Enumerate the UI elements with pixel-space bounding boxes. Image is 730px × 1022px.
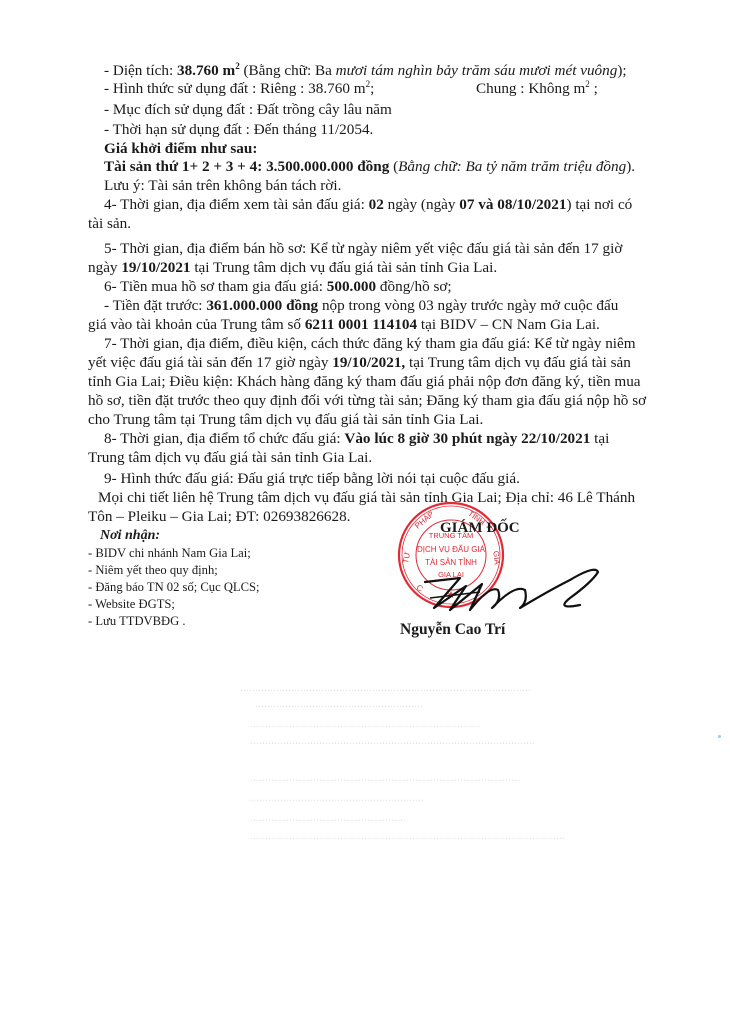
starting-price-heading: Giá khởi điểm như sau: [104, 140, 257, 158]
registration-cont-3: hồ sơ, tiền đặt trước theo quy định đối … [88, 392, 646, 410]
recipient-item: - Website ĐGTS; [88, 596, 175, 612]
registration-cont-2: tỉnh Gia Lai; Điều kiện: Khách hàng đăng… [88, 373, 641, 391]
signature-icon [420, 560, 620, 620]
note-line: Lưu ý: Tài sản trên không bán tách rời. [104, 177, 341, 195]
recipient-item: - BIDV chi nhánh Nam Gia Lai; [88, 545, 251, 561]
recipient-item: - Lưu TTDVBĐG . [88, 613, 186, 629]
viewing-time-cont: tài sản. [88, 215, 131, 233]
doc-fee-line: 6- Tiền mua hồ sơ tham gia đấu giá: 500.… [104, 278, 452, 296]
land-purpose-line: - Mục đích sử dụng đất : Đất trồng cây l… [104, 101, 392, 119]
svg-text:TƯ: TƯ [401, 551, 412, 564]
svg-text:DỊCH VỤ ĐẤU GIÁ: DỊCH VỤ ĐẤU GIÁ [417, 544, 486, 554]
svg-text:PHÁP: PHÁP [413, 510, 435, 531]
signer-name: Nguyễn Cao Trí [400, 621, 505, 639]
auction-time-line: 8- Thời gian, địa điểm tổ chức đấu giá: … [104, 430, 609, 448]
starting-price-line: Tài sản thứ 1+ 2 + 3 + 4: 3.500.000.000 … [104, 158, 635, 176]
deposit-line: - Tiền đặt trước: 361.000.000 đồng nộp t… [104, 297, 618, 315]
contact-line: Mọi chi tiết liên hệ Trung tâm dịch vụ đ… [98, 489, 635, 507]
deposit-account-line: giá vào tài khoản của Trung tâm số 6211 … [88, 316, 600, 334]
recipient-item: - Đăng báo TN 02 số; Cục QLCS; [88, 579, 260, 595]
viewing-time-line: 4- Thời gian, địa điểm xem tài sản đấu g… [104, 196, 632, 214]
land-use-form-line: - Hình thức sử dụng đất : Riêng : 38.760… [104, 80, 374, 98]
area-line: - Diện tích: 38.760 m2 (Bằng chữ: Ba mươ… [104, 62, 627, 80]
document-page: ........................................… [0, 0, 730, 1022]
sale-docs-cont: ngày 19/10/2021 tại Trung tâm dịch vụ đấ… [88, 259, 497, 277]
sale-docs-line: 5- Thời gian, địa điểm bán hồ sơ: Kể từ … [104, 240, 622, 258]
registration-line: 7- Thời gian, địa điểm, điều kiện, cách … [104, 335, 636, 353]
signer-title: GIÁM ĐỐC [440, 520, 520, 537]
land-term-line: - Thời hạn sử dụng đất : Đến tháng 11/20… [104, 121, 373, 139]
recipients-title: Nơi nhận: [100, 527, 160, 545]
common-use-line: Chung : Không m2 ; [476, 80, 598, 98]
auction-place-line: Trung tâm dịch vụ đấu giá tài sản tỉnh G… [88, 449, 372, 467]
registration-cont-1: yết việc đấu giá tài sản đến 17 giờ ngày… [88, 354, 631, 372]
recipient-item: - Niêm yết theo quy định; [88, 562, 218, 578]
contact-cont: Tôn – Pleiku – Gia Lai; ĐT: 02693826628. [88, 508, 350, 526]
registration-cont-4: cho Trung tâm tại Trung tâm dịch vụ đấu … [88, 411, 483, 429]
auction-form-line: 9- Hình thức đấu giá: Đấu giá trực tiếp … [104, 470, 520, 488]
